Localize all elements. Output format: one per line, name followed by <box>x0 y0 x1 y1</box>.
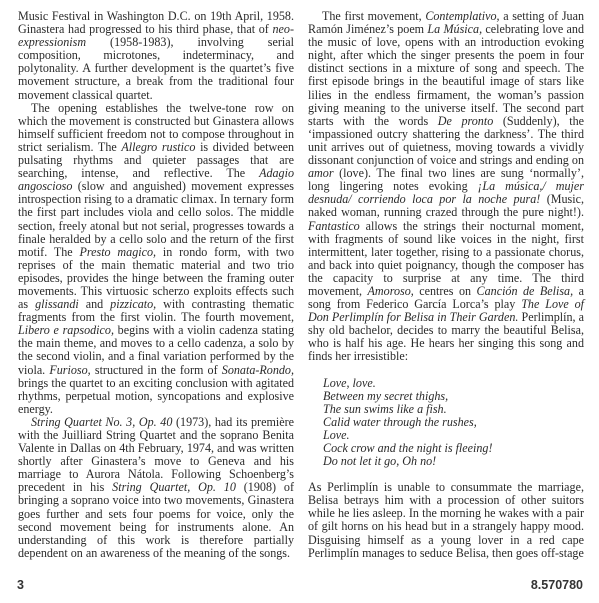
poem-block: Love, love. Between my secret thighs, Th… <box>323 377 584 469</box>
text-run: celebrating love and the music of love, … <box>308 22 584 128</box>
italic-term: La Música, <box>427 22 482 36</box>
paragraph-first-movement: The first movement, Contemplativo, a set… <box>308 10 584 364</box>
italic-term: Amoroso, <box>368 284 414 298</box>
poem-line: Calid water through the rushes, <box>323 416 584 429</box>
italic-term: String Quartet No. 3, Op. 40 <box>31 415 172 429</box>
paragraph-festival: Music Festival in Washington D.C. on 19t… <box>18 10 294 102</box>
text-run: brings the quartet to an exciting conclu… <box>18 376 294 416</box>
paragraph-perlimplin: As Perlimplín is unable to consummate th… <box>308 481 584 560</box>
paragraph-quartet-no3: String Quartet No. 3, Op. 40 (1973), had… <box>18 416 294 560</box>
italic-term: Furioso, <box>49 363 90 377</box>
text-run: centres on <box>414 284 477 298</box>
italic-term: Presto magico, <box>79 245 156 259</box>
text-run: and <box>79 297 110 311</box>
paragraph-movements-overview: The opening establishes the twelve-tone … <box>18 102 294 416</box>
italic-term: De pronto <box>438 114 494 128</box>
italic-term: Sonata-Rondo, <box>222 363 294 377</box>
left-column: Music Festival in Washington D.C. on 19t… <box>18 10 294 560</box>
text-run: Music Festival in Washington D.C. on 19t… <box>18 9 294 36</box>
page-number: 3 <box>17 578 24 592</box>
poem-line: Love, love. <box>323 377 584 390</box>
italic-term: glissandi <box>35 297 79 311</box>
italic-term: Libero e rapsodico, <box>18 323 114 337</box>
poem-line: Do not let it go, Oh no! <box>323 455 584 468</box>
italic-term: Allegro rustico <box>121 140 195 154</box>
italic-term: amor <box>308 166 334 180</box>
poem-line: The sun swims like a fish. <box>323 403 584 416</box>
right-column: The first movement, Contemplativo, a set… <box>308 10 584 560</box>
text-run: The first movement, <box>322 9 425 23</box>
italic-term: String Quartet, Op. 10 <box>112 480 236 494</box>
italic-term: Fantastico <box>308 219 360 233</box>
italic-term: Canción de Belisa, <box>477 284 574 298</box>
text-run: structured in the form of <box>91 363 222 377</box>
italic-term: Contemplativo, <box>425 9 499 23</box>
catalogue-number: 8.570780 <box>531 578 583 592</box>
poem-line: Between my secret thighs, <box>323 390 584 403</box>
italic-term: pizzicato, <box>110 297 156 311</box>
